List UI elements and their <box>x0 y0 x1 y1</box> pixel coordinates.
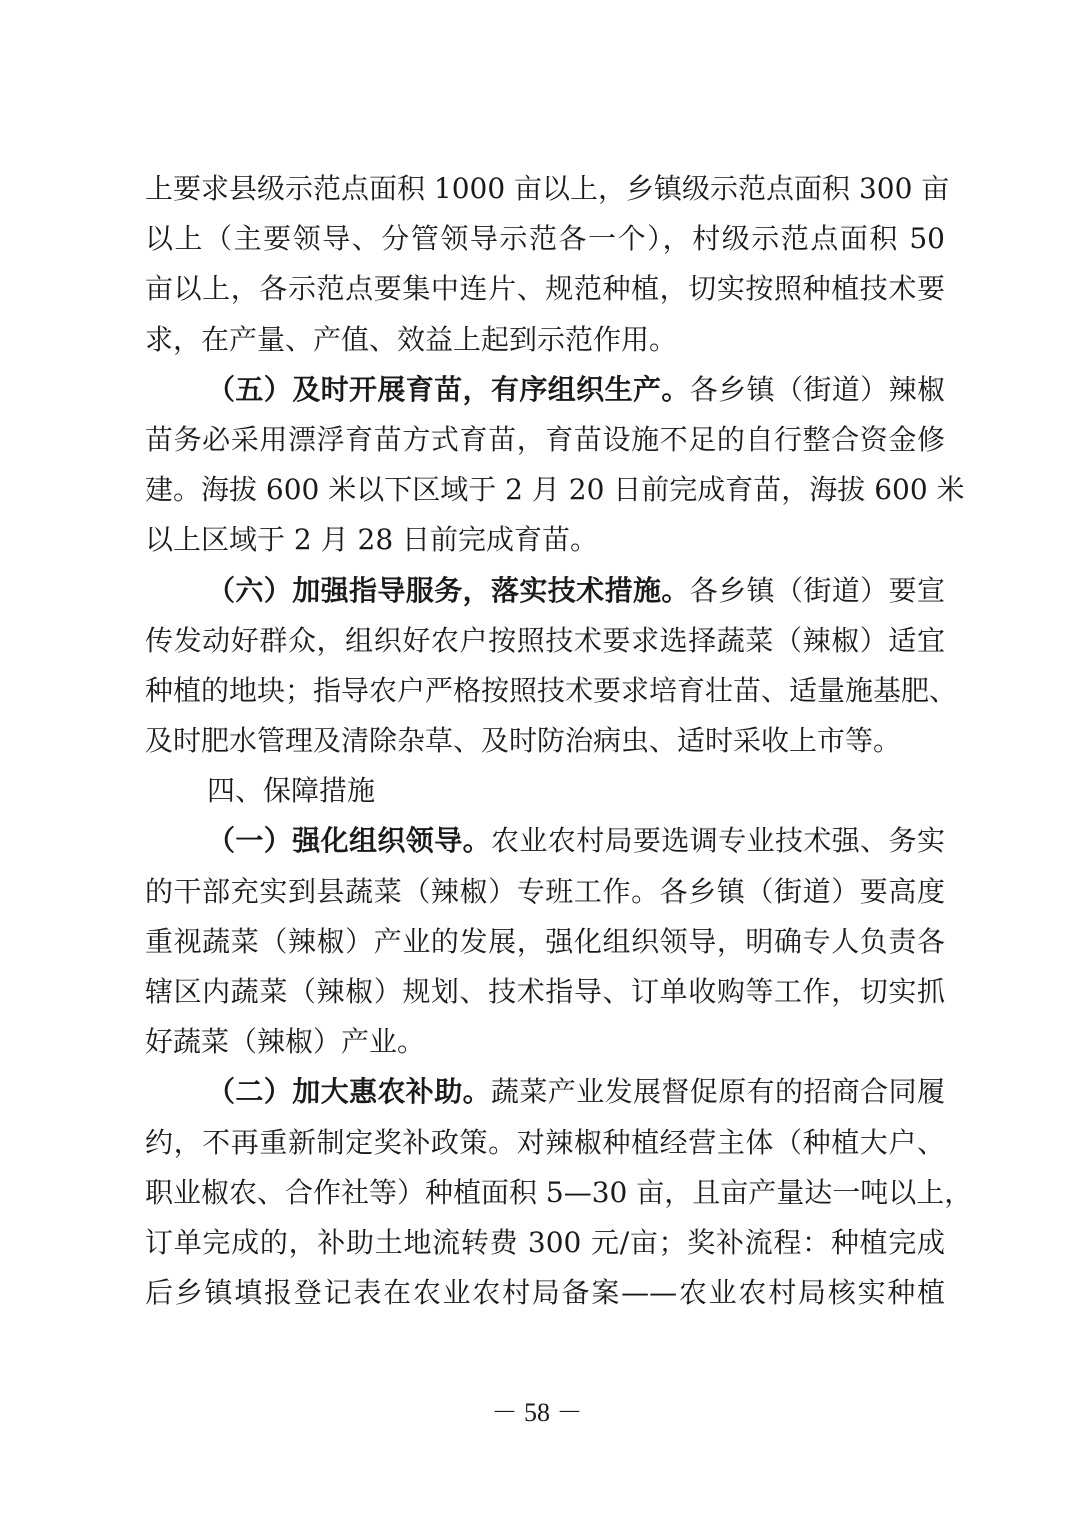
text-line: 建。海拔 600 米以下区域于 2 月 20 日前完成育苗，海拔 600 米 <box>145 465 945 515</box>
text-line: （二）加大惠农补助。蔬菜产业发展督促原有的招商合同履 <box>145 1067 945 1117</box>
paragraph-text: 各乡镇（街道）辣椒 <box>690 373 945 406</box>
text-line: 求，在产量、产值、效益上起到示范作用。 <box>145 315 945 365</box>
text-line: （一）强化组织领导。农业农村局要选调专业技术强、务实 <box>145 816 945 866</box>
text-line: 及时肥水管理及清除杂草、及时防治病虫、适时采收上市等。 <box>145 716 945 766</box>
text-line: 上要求县级示范点面积 1000 亩以上，乡镇级示范点面积 300 亩 <box>145 164 945 214</box>
text-line: 职业椒农、合作社等）种植面积 5—30 亩，且亩产量达一吨以上， <box>145 1168 945 1218</box>
text-line: 种植的地块；指导农户严格按照技术要求培育壮苗、适量施基肥、 <box>145 666 945 716</box>
text-line: 好蔬菜（辣椒）产业。 <box>145 1017 945 1067</box>
paragraph-text: 各乡镇（街道）要宣 <box>690 574 945 607</box>
paragraph-lead: （二）加大惠农补助。 <box>207 1075 491 1108</box>
page-number: － 58 － <box>0 1392 1074 1429</box>
paragraph-lead: （一）强化组织领导。 <box>207 824 491 857</box>
document-body: 上要求县级示范点面积 1000 亩以上，乡镇级示范点面积 300 亩 以上（主要… <box>145 164 945 1318</box>
text-line: 亩以上，各示范点要集中连片、规范种植，切实按照种植技术要 <box>145 264 945 314</box>
text-line: 传发动好群众，组织好农户按照技术要求选择蔬菜（辣椒）适宜 <box>145 616 945 666</box>
text-line: 后乡镇填报登记表在农业农村局备案——农业农村局核实种植 <box>145 1268 945 1318</box>
text-line: 苗务必采用漂浮育苗方式育苗，育苗设施不足的自行整合资金修 <box>145 415 945 465</box>
paragraph-text: 蔬菜产业发展督促原有的招商合同履 <box>491 1075 945 1108</box>
paragraph-seedling: （五）及时开展育苗，有序组织生产。各乡镇（街道）辣椒 苗务必采用漂浮育苗方式育苗… <box>145 365 945 566</box>
text-line: 的干部充实到县蔬菜（辣椒）专班工作。各乡镇（街道）要高度 <box>145 867 945 917</box>
text-line: 重视蔬菜（辣椒）产业的发展，强化组织领导，明确专人负责各 <box>145 917 945 967</box>
paragraph-guidance: （六）加强指导服务，落实技术措施。各乡镇（街道）要宣 传发动好群众，组织好农户按… <box>145 566 945 767</box>
text-line: 辖区内蔬菜（辣椒）规划、技术指导、订单收购等工作，切实抓 <box>145 967 945 1017</box>
text-line: （五）及时开展育苗，有序组织生产。各乡镇（街道）辣椒 <box>145 365 945 415</box>
text-line: 以上（主要领导、分管领导示范各一个），村级示范点面积 50 <box>145 214 945 264</box>
paragraph-text: 农业农村局要选调专业技术强、务实 <box>491 824 945 857</box>
section-heading: 四、保障措施 <box>145 766 945 816</box>
text-line: 订单完成的，补助土地流转费 300 元/亩；奖补流程：种植完成 <box>145 1218 945 1268</box>
text-line: 以上区域于 2 月 28 日前完成育苗。 <box>145 515 945 565</box>
paragraph-leadership: （一）强化组织领导。农业农村局要选调专业技术强、务实 的干部充实到县蔬菜（辣椒）… <box>145 816 945 1067</box>
text-line: 约，不再重新制定奖补政策。对辣椒种植经营主体（种植大户、 <box>145 1118 945 1168</box>
paragraph-lead: （五）及时开展育苗，有序组织生产。 <box>207 373 690 406</box>
paragraph-subsidy: （二）加大惠农补助。蔬菜产业发展督促原有的招商合同履 约，不再重新制定奖补政策。… <box>145 1067 945 1318</box>
paragraph-lead: （六）加强指导服务，落实技术措施。 <box>207 574 690 607</box>
paragraph-demonstration-area: 上要求县级示范点面积 1000 亩以上，乡镇级示范点面积 300 亩 以上（主要… <box>145 164 945 365</box>
text-line: （六）加强指导服务，落实技术措施。各乡镇（街道）要宣 <box>145 566 945 616</box>
